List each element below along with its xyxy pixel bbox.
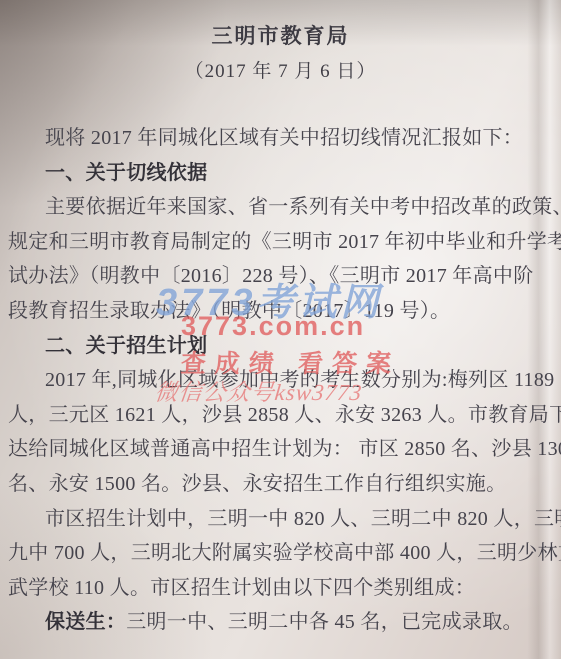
document-line: 主要依据近年来国家、省一系列有关中考中招改革的政策、	[8, 190, 557, 225]
document-photo: 三明市教育局 （2017 年 7 月 6 日） 现将 2017 年同城化区域有关…	[0, 0, 561, 659]
document-line: 段教育招生录取办法》（明教中〔2017〕119 号）。	[8, 294, 557, 329]
document-line: 保送生：三明一中、三明二中各 45 名，已完成录取。	[8, 605, 557, 640]
document-line: 武学校 110 人。市区招生计划由以下四个类别组成：	[8, 571, 557, 606]
document-line: 现将 2017 年同城化区域有关中招切线情况汇报如下：	[8, 121, 557, 156]
document-date: （2017 年 7 月 6 日）	[0, 56, 561, 83]
document-line: 达给同城化区域普通高中招生计划为： 市区 2850 名、沙县 1300	[8, 432, 557, 467]
document-line: 市区招生计划中，三明一中 820 人、三明二中 820 人，三明	[8, 502, 557, 537]
document-line: 人，三元区 1621 人，沙县 2858 人、永安 3263 人。市教育局下	[8, 398, 557, 433]
document-line: 一、关于切线依据	[8, 156, 557, 191]
document: 三明市教育局 （2017 年 7 月 6 日） 现将 2017 年同城化区域有关…	[0, 0, 561, 659]
document-line: 二、关于招生计划	[8, 329, 557, 364]
line-bold-prefix: 保送生：	[45, 611, 126, 633]
document-line: 试办法》（明教中〔2016〕228 号）、《三明市 2017 年高中阶	[8, 259, 557, 294]
document-body: 现将 2017 年同城化区域有关中招切线情况汇报如下：一、关于切线依据主要依据近…	[8, 121, 557, 640]
document-line: 规定和三明市教育局制定的《三明市 2017 年初中毕业和升学考	[8, 225, 557, 260]
document-line: 名、永安 1500 名。沙县、永安招生工作自行组织实施。	[8, 467, 557, 502]
document-line: 九中 700 人，三明北大附属实验学校高中部 400 人，三明少林文	[8, 536, 557, 571]
document-line: 2017 年,同城化区域参加中考的考生数分别为:梅列区 1189	[8, 363, 557, 398]
document-title: 三明市教育局	[0, 20, 561, 50]
